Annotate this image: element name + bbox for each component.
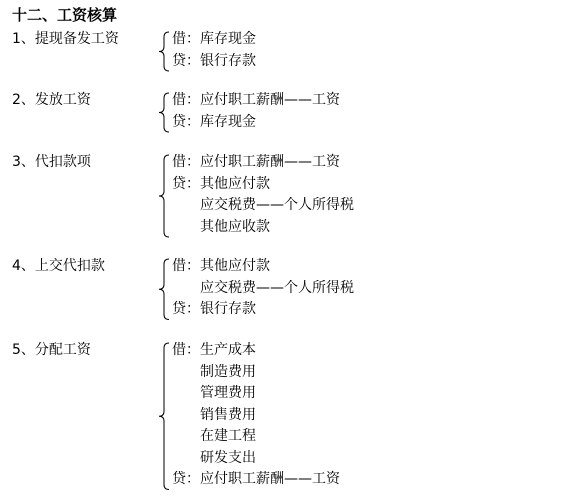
entry-line: 借：生产成本 (172, 340, 340, 362)
entry-lines: 借：应付职工薪酬——工资贷：其他应付款应交税费——个人所得税其他应收款 (172, 152, 354, 238)
entry-line: 研发支出 (172, 448, 340, 470)
curly-brace-icon (158, 31, 170, 72)
debit-credit-marker: 借： (172, 340, 200, 362)
entry-line: 应交税费——个人所得税 (172, 278, 354, 300)
debit-credit-marker: 贷： (172, 51, 200, 73)
debit-credit-marker: 贷： (172, 299, 200, 321)
account-name: 应付职工薪酬——工资 (200, 469, 340, 491)
curly-brace-icon (158, 342, 170, 491)
entry-label: 3、代扣款项 (12, 152, 91, 173)
debit-credit-marker: 借： (172, 29, 200, 51)
account-name: 管理费用 (200, 383, 256, 405)
debit-credit-marker: 借： (172, 90, 200, 112)
entry-line: 销售费用 (172, 405, 340, 427)
entry-label: 5、分配工资 (12, 340, 91, 361)
account-name: 研发支出 (200, 448, 256, 470)
account-name: 库存现金 (200, 29, 256, 51)
section-title: 十二、工资核算 (12, 6, 117, 24)
account-name: 其他应付款 (200, 256, 270, 278)
entry-line: 借：库存现金 (172, 29, 256, 51)
debit-credit-marker: 借： (172, 152, 200, 174)
debit-credit-marker: 贷： (172, 174, 200, 196)
account-name: 其他应收款 (200, 217, 270, 239)
entry-line: 管理费用 (172, 383, 340, 405)
account-name: 应交税费——个人所得税 (200, 195, 354, 217)
entry-line: 贷：其他应付款 (172, 174, 354, 196)
curly-brace-icon (158, 92, 170, 133)
account-name: 应付职工薪酬——工资 (200, 90, 340, 112)
account-name: 其他应付款 (200, 174, 270, 196)
account-name: 应付职工薪酬——工资 (200, 152, 340, 174)
entry-lines: 借：生产成本制造费用管理费用销售费用在建工程研发支出贷：应付职工薪酬——工资 (172, 340, 340, 491)
entry-label: 1、提现备发工资 (12, 29, 119, 50)
entry-line: 借：应付职工薪酬——工资 (172, 152, 354, 174)
entry-line: 借：其他应付款 (172, 256, 354, 278)
account-name: 应交税费——个人所得税 (200, 278, 354, 300)
debit-credit-marker: 贷： (172, 112, 200, 134)
curly-brace-icon (158, 154, 170, 238)
debit-credit-marker: 借： (172, 256, 200, 278)
account-name: 银行存款 (200, 51, 256, 73)
entry-line: 贷：银行存款 (172, 51, 256, 73)
entry-line: 借：应付职工薪酬——工资 (172, 90, 340, 112)
entry-line: 应交税费——个人所得税 (172, 195, 354, 217)
entry-line: 贷：银行存款 (172, 299, 354, 321)
entry-line: 贷：库存现金 (172, 112, 340, 134)
entry-lines: 借：应付职工薪酬——工资贷：库存现金 (172, 90, 340, 133)
account-name: 在建工程 (200, 426, 256, 448)
account-name: 生产成本 (200, 340, 256, 362)
account-name: 销售费用 (200, 405, 256, 427)
entry-line: 贷：应付职工薪酬——工资 (172, 469, 340, 491)
entry-label: 2、发放工资 (12, 90, 91, 111)
debit-credit-marker: 贷： (172, 469, 200, 491)
entry-lines: 借：库存现金贷：银行存款 (172, 29, 256, 72)
account-name: 银行存款 (200, 299, 256, 321)
entry-line: 在建工程 (172, 426, 340, 448)
account-name: 制造费用 (200, 362, 256, 384)
entry-line: 制造费用 (172, 362, 340, 384)
entry-label: 4、上交代扣款 (12, 256, 105, 277)
curly-brace-icon (158, 258, 170, 321)
account-name: 库存现金 (200, 112, 256, 134)
entry-lines: 借：其他应付款应交税费——个人所得税贷：银行存款 (172, 256, 354, 321)
entry-line: 其他应收款 (172, 217, 354, 239)
